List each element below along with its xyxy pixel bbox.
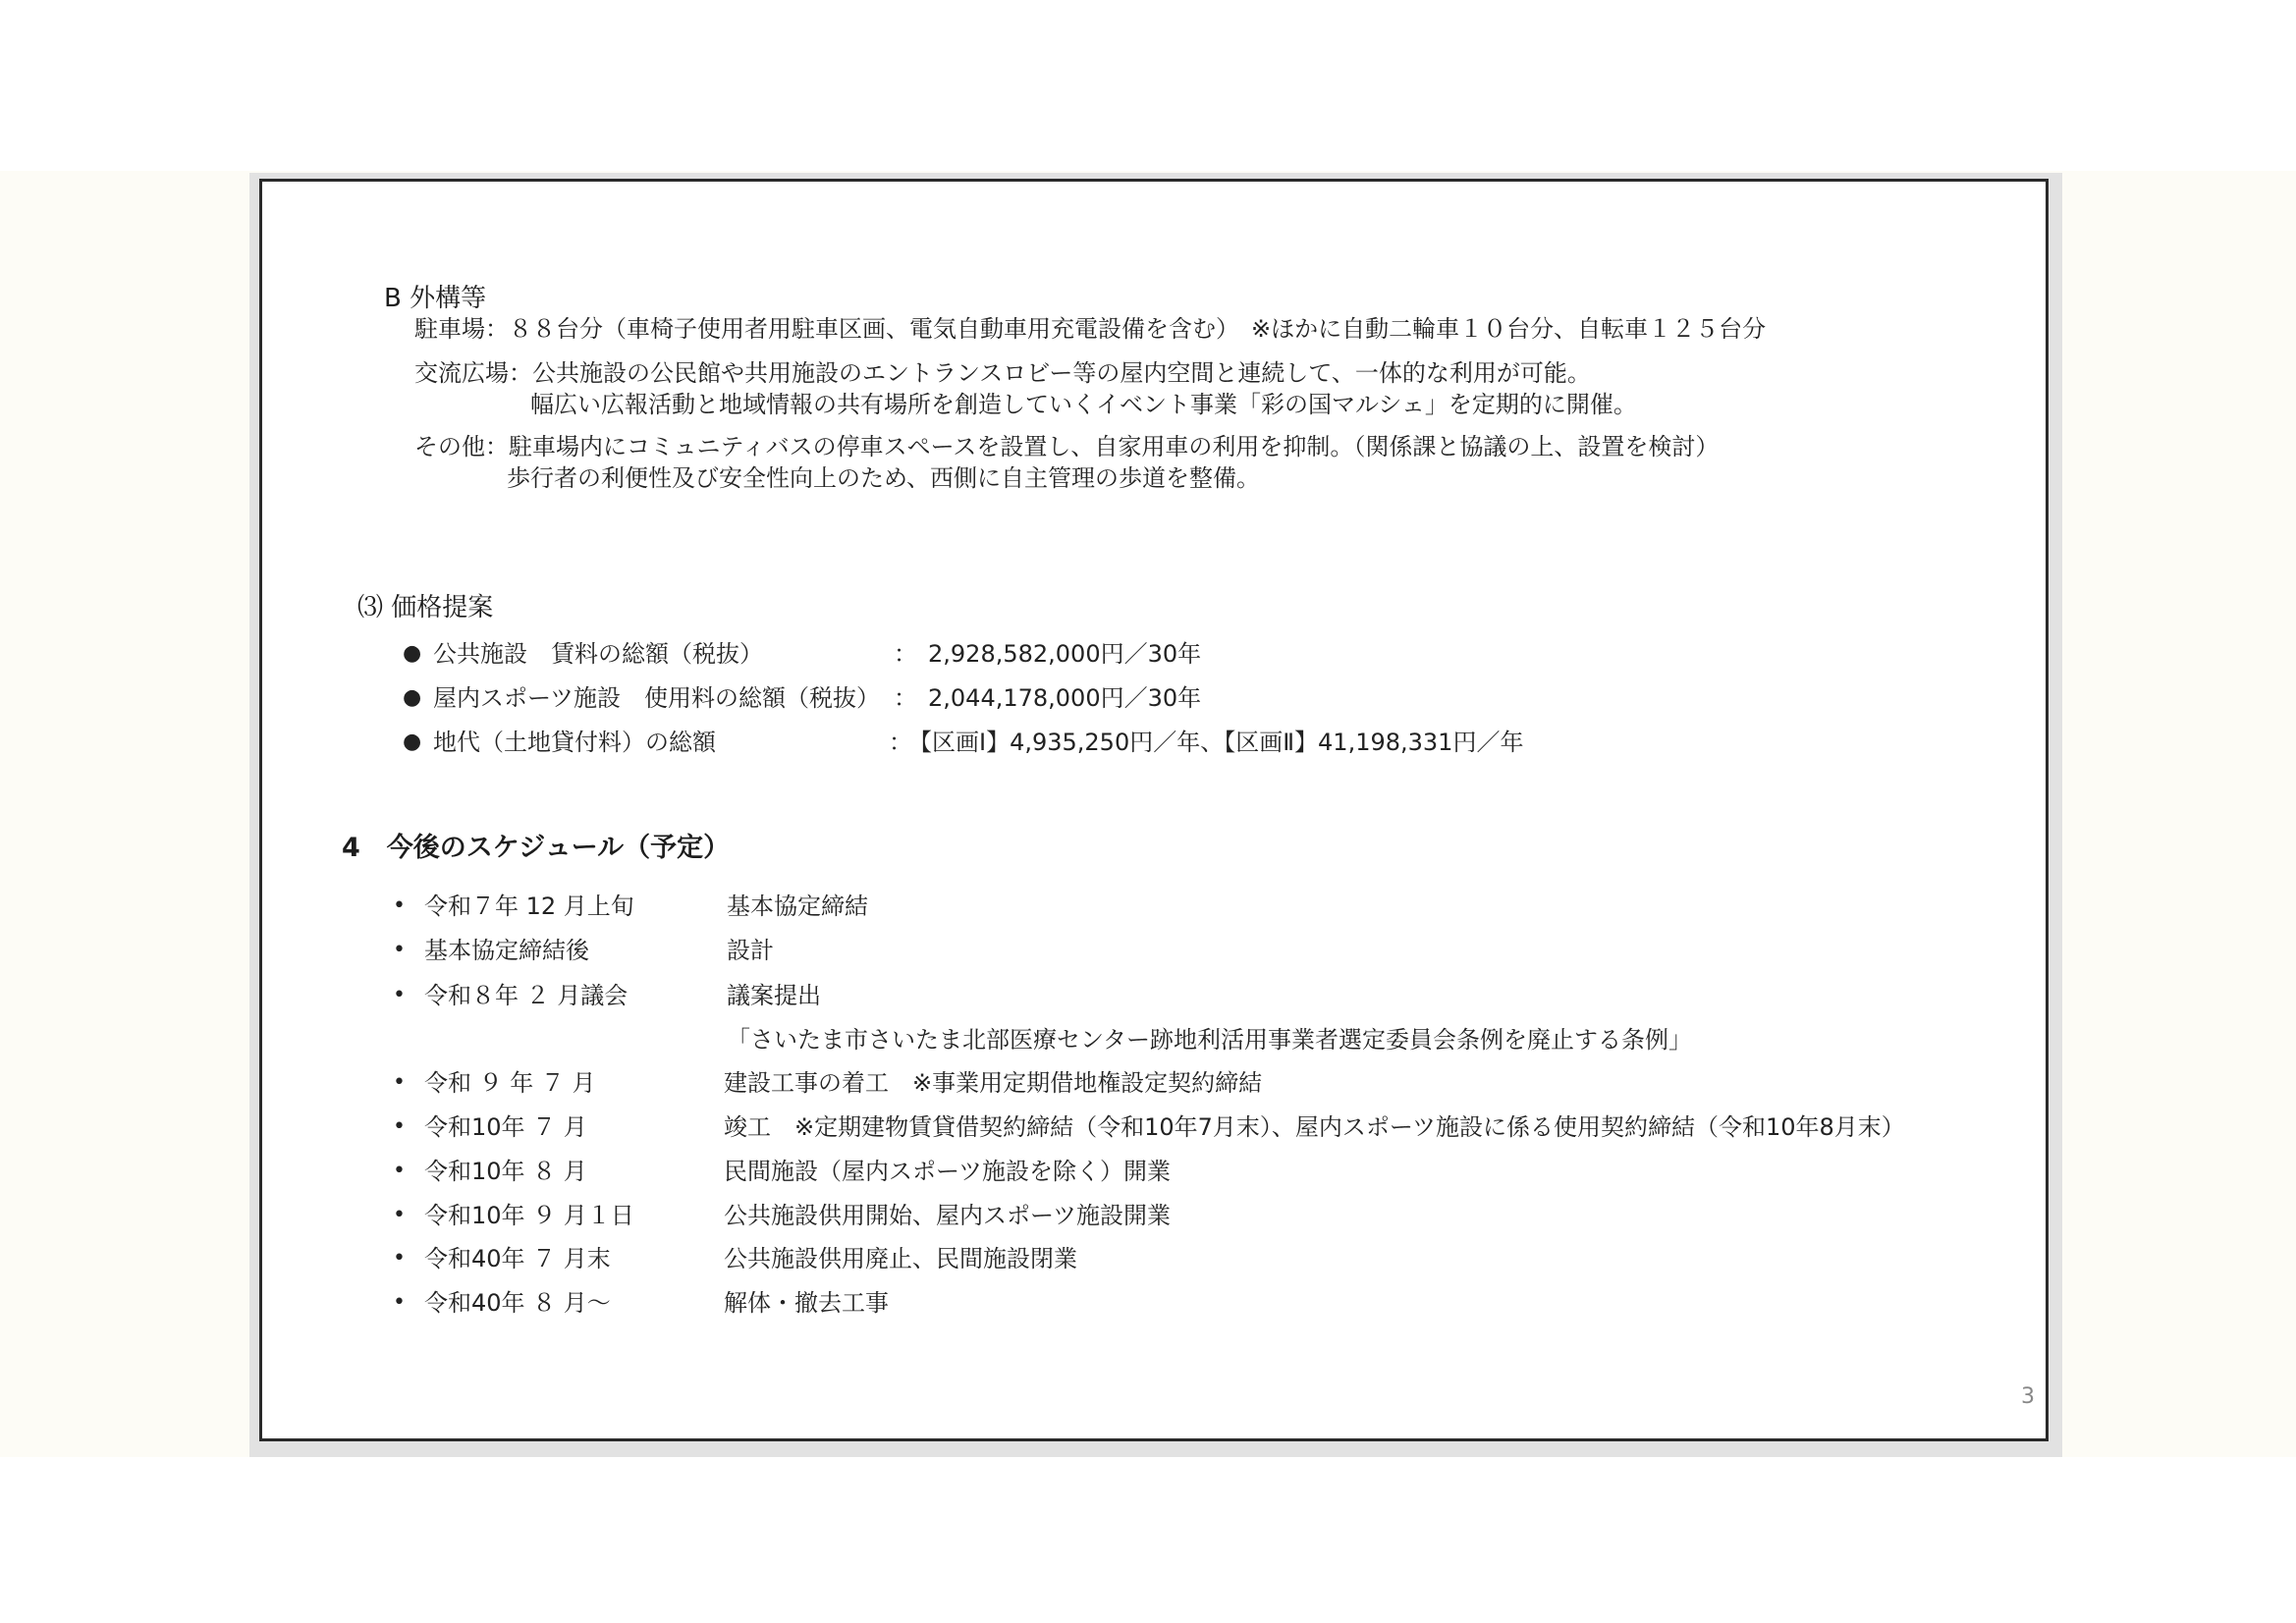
plaza-text-line1: 交流広場：公共施設の公民館や共用施設のエントランスロビー等の屋内空間と連続して、…: [414, 358, 1591, 388]
schedule-date: 令和10年 ８ 月: [424, 1157, 587, 1186]
schedule-desc: 建設工事の着工 ※事業用定期借地権設定契約締結: [724, 1068, 1262, 1098]
price-item-label: 屋内スポーツ施設 使用料の総額（税抜）: [433, 683, 880, 713]
bullet-icon: •: [393, 892, 406, 921]
schedule-date: 令和40年 ８ 月～: [424, 1288, 611, 1318]
price-item-label: 地代（土地貸付料）の総額: [433, 728, 716, 757]
price-item-value: 【区画Ⅰ】4,935,250円／年、【区画Ⅱ】41,198,331円／年: [908, 728, 1523, 757]
bullet-icon: •: [393, 1244, 406, 1273]
schedule-date: 令和８年 ２ 月議会: [424, 981, 628, 1010]
schedule-date: 令和 ９ 年 ７ 月: [424, 1068, 596, 1098]
schedule-desc: 公共施設供用開始、屋内スポーツ施設開業: [724, 1201, 1171, 1230]
price-item-label: 公共施設 賃料の総額（税抜）: [433, 639, 763, 669]
bullet-icon: •: [393, 981, 406, 1010]
price-item-value: 2,928,582,000円／30年: [928, 639, 1201, 669]
schedule-desc: 設計: [727, 936, 774, 965]
schedule-desc: 公共施設供用廃止、民間施設閉業: [724, 1244, 1077, 1273]
schedule-date: 令和７年 12 月上旬: [424, 892, 634, 921]
section-b-title: B 外構等: [384, 283, 486, 314]
bullet-icon: •: [393, 1157, 406, 1186]
schedule-date: 令和10年 ９ 月１日: [424, 1201, 634, 1230]
bullet-icon: •: [393, 1288, 406, 1318]
bullet-icon: •: [393, 1068, 406, 1098]
parking-text: 駐車場：８８台分（車椅子使用者用駐車区画、電気自動車用充電設備を含む） ※ほかに…: [414, 314, 1766, 344]
price-item-colon: ：: [894, 683, 917, 713]
schedule-date: 令和40年 ７ 月末: [424, 1244, 611, 1273]
schedule-date: 令和10年 ７ 月: [424, 1112, 587, 1142]
price-item-value: 2,044,178,000円／30年: [928, 683, 1201, 713]
bullet-icon: ●: [403, 683, 421, 713]
page-number: 3: [2021, 1384, 2035, 1409]
bullet-icon: ●: [403, 639, 421, 669]
schedule-desc: 民間施設（屋内スポーツ施設を除く）開業: [724, 1157, 1171, 1186]
schedule-desc: 竣工 ※定期建物賃貸借契約締結（令和10年7月末）、屋内スポーツ施設に係る使用契…: [724, 1112, 1905, 1142]
schedule-desc: 議案提出: [727, 981, 821, 1010]
price-section-title: ⑶ 価格提案: [357, 592, 493, 623]
price-item-colon: ：: [894, 639, 917, 669]
other-text-line1: その他：駐車場内にコミュニティバスの停車スペースを設置し、自家用車の利用を抑制。…: [414, 432, 1719, 461]
bullet-icon: •: [393, 936, 406, 965]
bullet-icon: ●: [403, 728, 421, 757]
bullet-icon: •: [393, 1201, 406, 1230]
other-text-line2: 歩行者の利便性及び安全性向上のため、西側に自主管理の歩道を整備。: [507, 463, 1260, 493]
schedule-desc: 解体・撤去工事: [724, 1288, 889, 1318]
schedule-date: 基本協定締結後: [424, 936, 589, 965]
schedule-section-title: 4 今後のスケジュール（予定）: [342, 833, 730, 864]
schedule-desc-continuation: 「さいたま市さいたま北部医療センター跡地利活用事業者選定委員会条例を廃止する条例…: [727, 1025, 1692, 1055]
schedule-desc: 基本協定締結: [727, 892, 868, 921]
plaza-text-line2: 幅広い広報活動と地域情報の共有場所を創造していくイベント事業「彩の国マルシェ」を…: [530, 390, 1637, 419]
bullet-icon: •: [393, 1112, 406, 1142]
